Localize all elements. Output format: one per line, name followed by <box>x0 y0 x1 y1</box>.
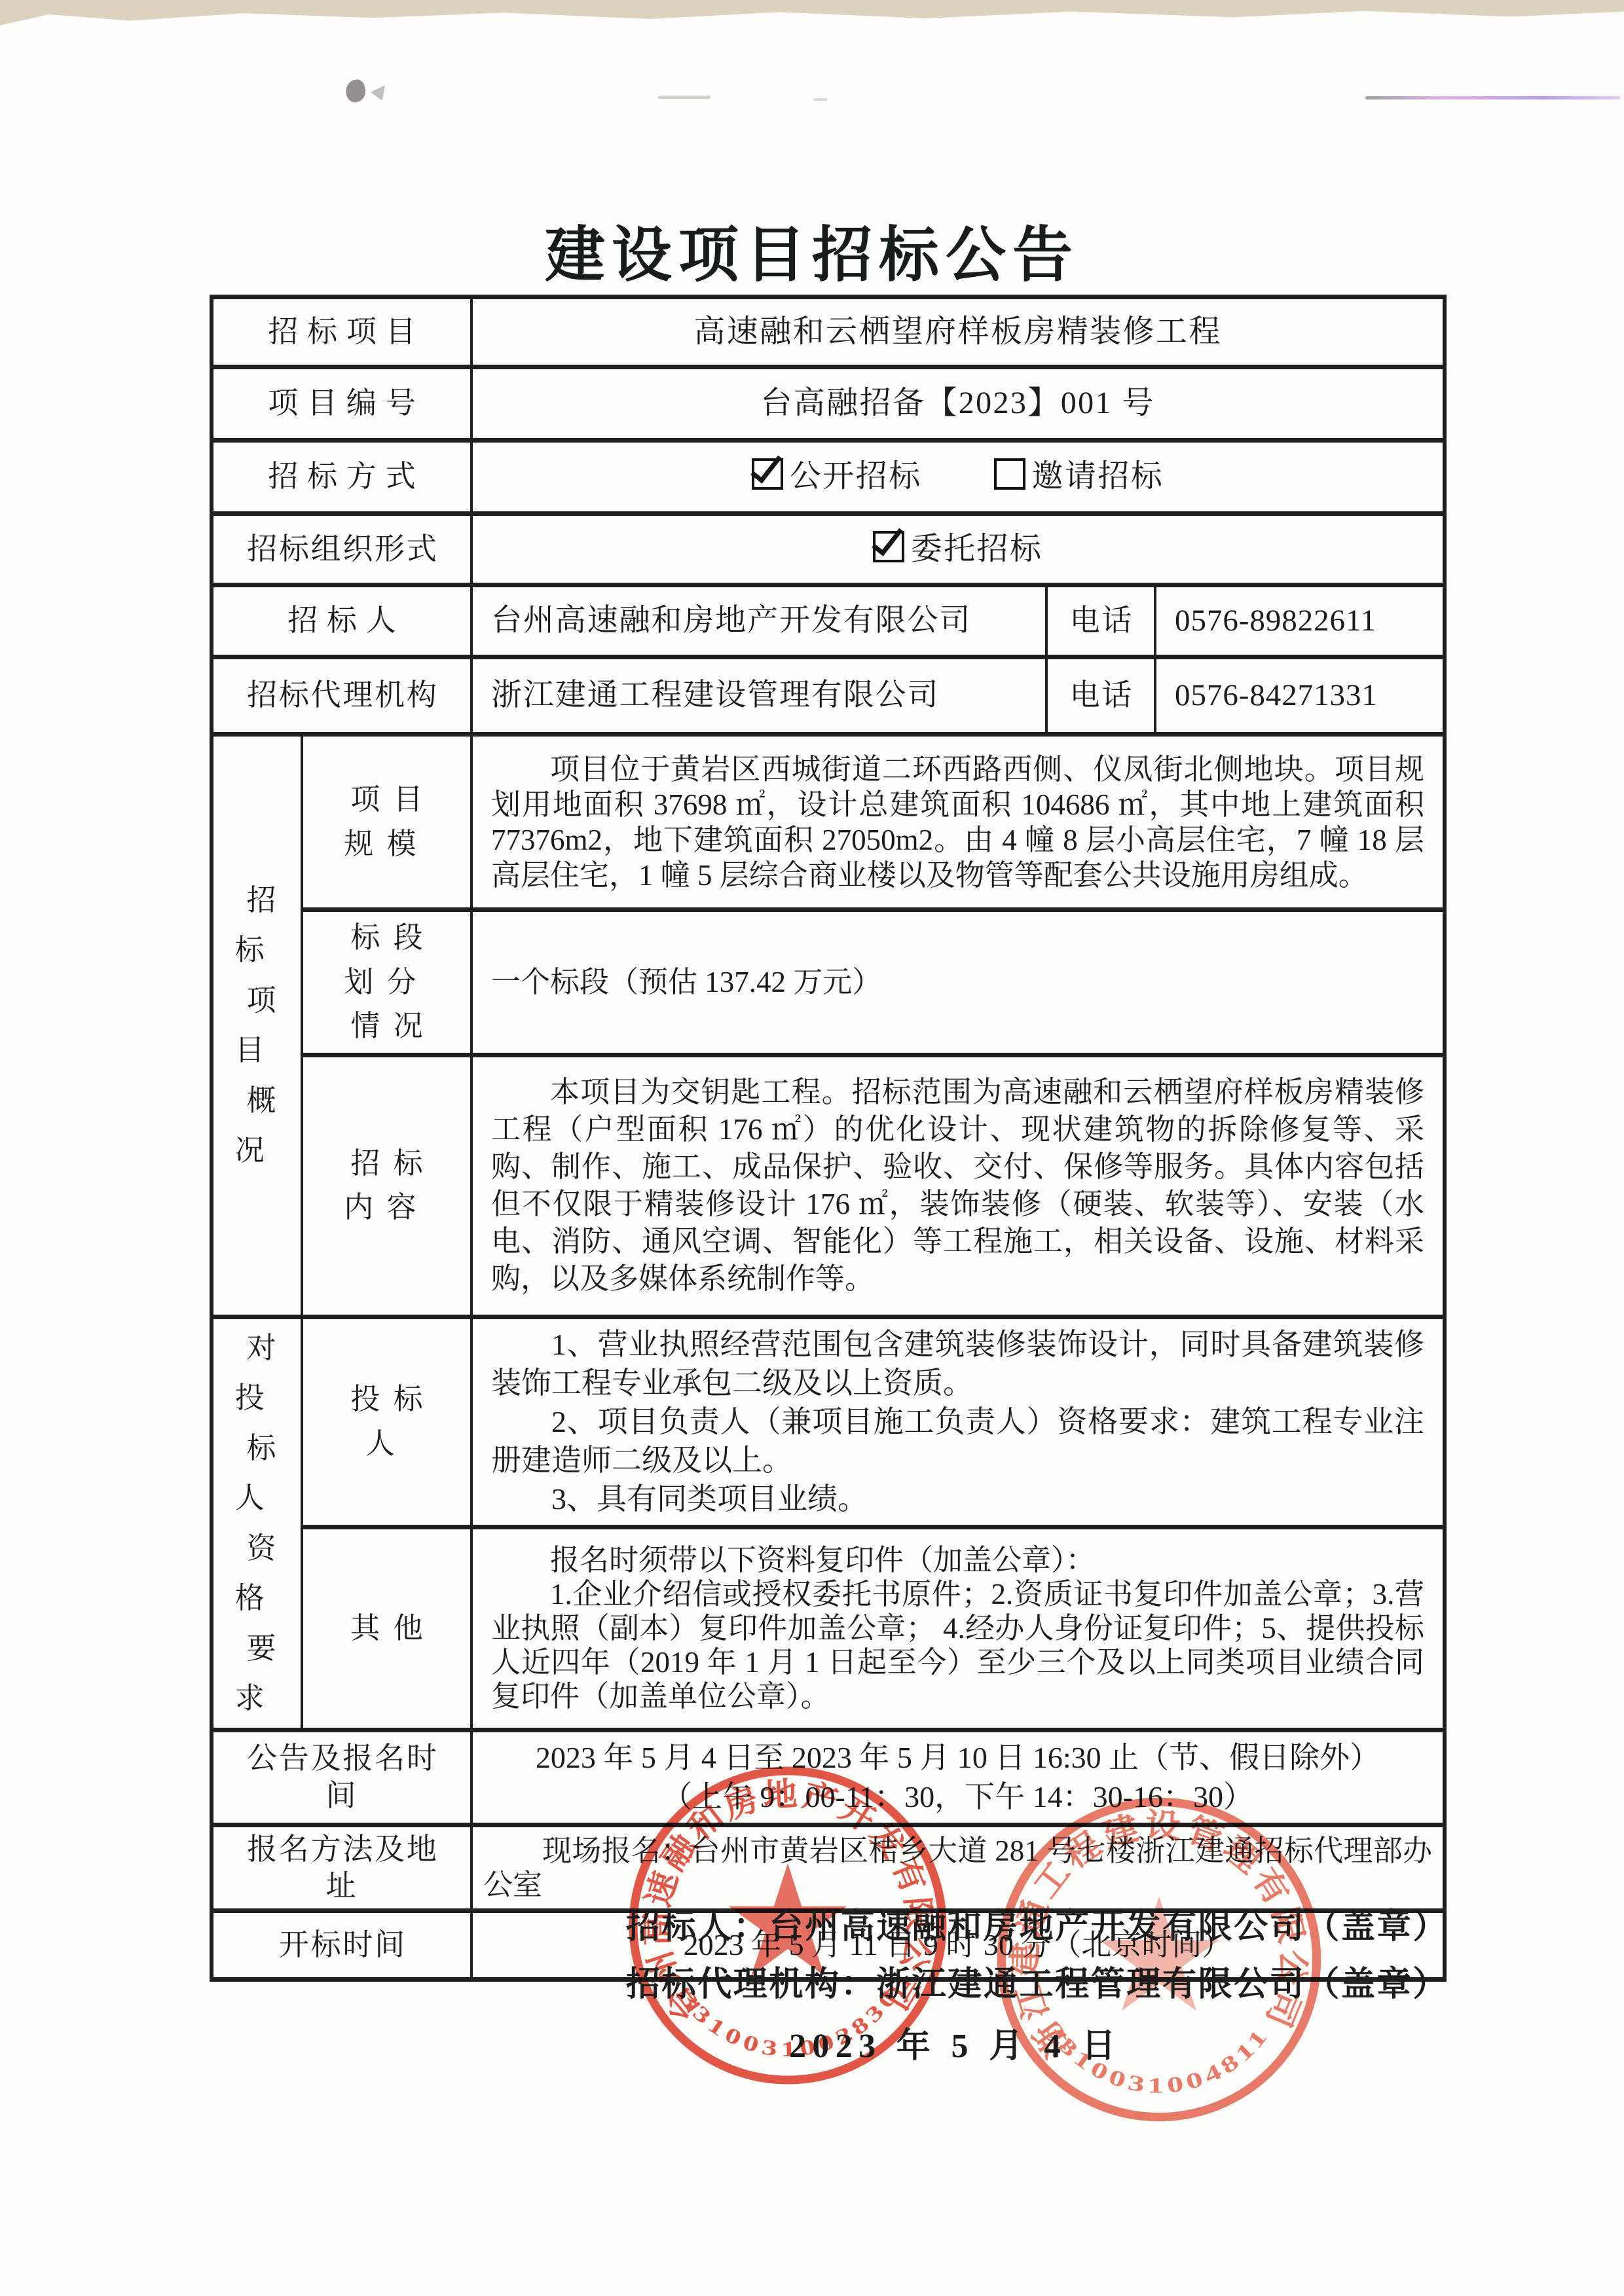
scanned-document-page: 建设项目招标公告 招标项目 高速融和云栖望府样板房精装修工程 项目编号 台高融招… <box>0 0 1624 2296</box>
row-agency: 招标代理机构 浙江建通工程建设管理有限公司 电话 0576-84271331 <box>212 657 1445 735</box>
row-sections: 标段划分 情况 一个标段（预估 137.42 万元） <box>212 910 1445 1055</box>
page-title: 建设项目招标公告 <box>0 207 1624 293</box>
organization-label: 招标组织形式 <box>212 514 471 585</box>
checkbox-checked-icon <box>752 458 783 490</box>
scan-streak-pink <box>1365 96 1621 100</box>
method-option-public: 公开招标 <box>790 459 922 494</box>
checkbox-checked-icon <box>873 531 904 562</box>
scale-label: 项目规模 <box>302 735 471 910</box>
bidding-announcement-table: 招标项目 高速融和云栖望府样板房精装修工程 项目编号 台高融招备【2023】00… <box>210 295 1447 1982</box>
row-other: 其他 报名时须带以下资料复印件（加盖公章）： 1.企业介绍信或授权委托书原件；2… <box>212 1527 1445 1730</box>
footer-agency-line: 招标代理机构：浙江建通工程管理有限公司（盖章） <box>626 1956 1449 2005</box>
bidder-requirements: 1、营业执照经营范围包含建筑装修装饰设计，同时具备建筑装修装饰工程专业承包二级及… <box>471 1317 1445 1527</box>
scale-text: 项目位于黄岩区西城街道二环西路西侧、仪凤街北侧地块。项目规划用地面积 37698… <box>471 735 1445 910</box>
tenderer-value: 台州高速融和房地产开发有限公司 <box>471 585 1046 657</box>
qualification-group-label: 对投 标人 资格 要求 <box>212 1317 302 1730</box>
overview-group-label: 招标 项目 概况 <box>212 735 302 1317</box>
row-number: 项目编号 台高融招备【2023】001 号 <box>212 367 1445 441</box>
content-label: 招标内容 <box>302 1055 471 1317</box>
sections-label: 标段划分 情况 <box>302 910 471 1055</box>
tenderer-phone-label: 电话 <box>1046 585 1155 657</box>
other-label: 其他 <box>302 1527 471 1730</box>
sections-text: 一个标段（预估 137.42 万元） <box>471 910 1445 1055</box>
number-value: 台高融招备【2023】001 号 <box>471 367 1445 441</box>
row-scale: 招标 项目 概况 项目规模 项目位于黄岩区西城街道二环西路西侧、仪凤街北侧地块。… <box>212 735 1445 910</box>
ink-smudge <box>344 78 367 103</box>
ink-smudge-small <box>371 85 385 101</box>
agency-value: 浙江建通工程建设管理有限公司 <box>471 657 1046 735</box>
project-value: 高速融和云栖望府样板房精装修工程 <box>471 297 1445 367</box>
footer-date: 2023 年 5 月 4 日 <box>789 2018 1122 2067</box>
organization-option: 委托招标 <box>911 532 1043 566</box>
footer-tenderer-line: 招标人：台州高速融和房地产开发有限公司（盖章） <box>626 1899 1449 1948</box>
project-label: 招标项目 <box>212 297 471 367</box>
bidder-label: 投标人 <box>302 1317 471 1527</box>
scan-streak-dot <box>814 98 827 101</box>
content-text: 本项目为交钥匙工程。招标范围为高速融和云栖望府样板房精装修工程（户型面积 176… <box>471 1055 1445 1317</box>
other-requirements: 报名时须带以下资料复印件（加盖公章）： 1.企业介绍信或授权委托书原件；2.资质… <box>471 1527 1445 1730</box>
scan-streak-gray <box>658 96 710 99</box>
agency-label: 招标代理机构 <box>212 657 471 735</box>
opening-label: 开标时间 <box>212 1910 471 1979</box>
agency-phone-label: 电话 <box>1046 657 1155 735</box>
announce-label: 公告及报名时间 <box>212 1730 471 1825</box>
row-project: 招标项目 高速融和云栖望府样板房精装修工程 <box>212 297 1445 367</box>
tenderer-label: 招标人 <box>212 585 471 657</box>
row-organization: 招标组织形式 委托招标 <box>212 514 1445 585</box>
row-tenderer: 招标人 台州高速融和房地产开发有限公司 电话 0576-89822611 <box>212 585 1445 657</box>
organization-value: 委托招标 <box>471 514 1445 585</box>
checkbox-unchecked-icon <box>994 458 1025 490</box>
register-label: 报名方法及地址 <box>212 1825 471 1910</box>
row-bidder: 对投 标人 资格 要求 投标人 1、营业执照经营范围包含建筑装修装饰设计，同时具… <box>212 1317 1445 1527</box>
method-value: 公开招标邀请招标 <box>471 441 1445 514</box>
method-option-invite: 邀请招标 <box>1032 459 1164 494</box>
number-label: 项目编号 <box>212 367 471 441</box>
row-content: 招标内容 本项目为交钥匙工程。招标范围为高速融和云栖望府样板房精装修工程（户型面… <box>212 1055 1445 1317</box>
row-method: 招标方式 公开招标邀请招标 <box>212 441 1445 514</box>
torn-paper-edge <box>0 0 1624 29</box>
agency-phone: 0576-84271331 <box>1155 657 1445 735</box>
method-label: 招标方式 <box>212 441 471 514</box>
tenderer-phone: 0576-89822611 <box>1155 585 1445 657</box>
